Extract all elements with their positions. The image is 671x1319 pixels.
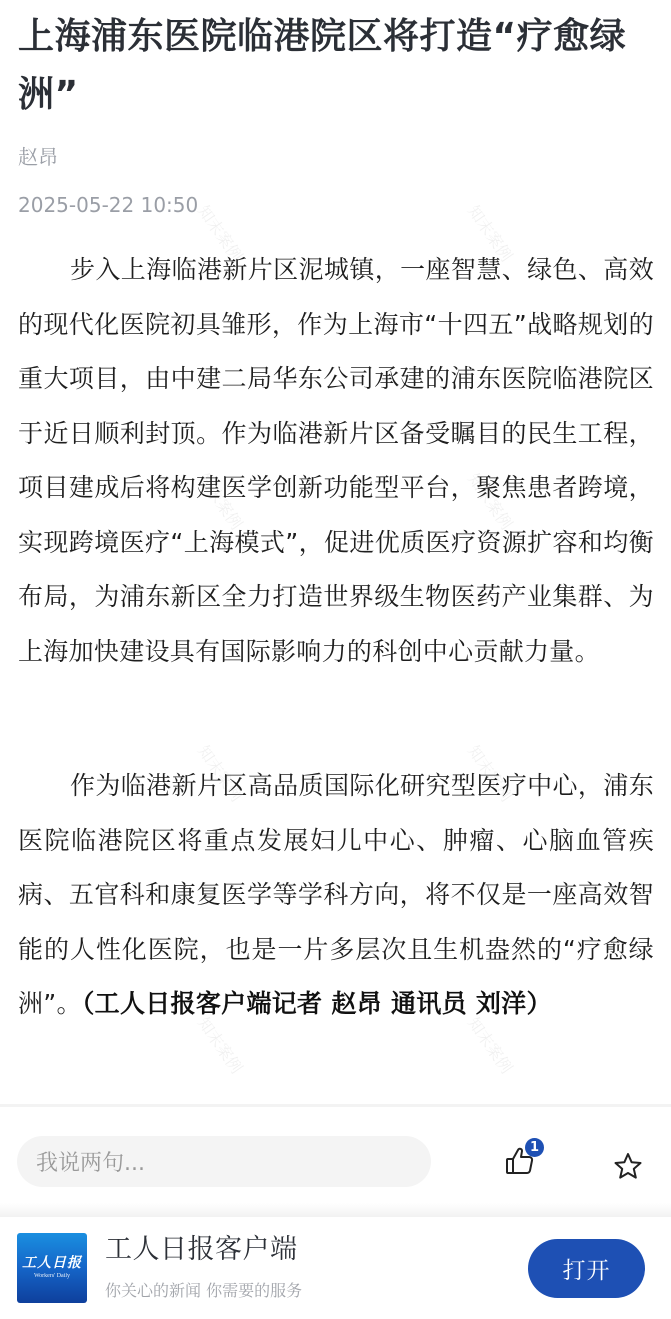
article-author: 赵昂 (18, 143, 58, 171)
comment-bar: 我说两句... 1 (0, 1107, 671, 1207)
article-page: 知末案例 知末案例 知末案例 知末案例 知末案例 知末案例 知末案例 知末案例 … (0, 0, 671, 1319)
comment-placeholder: 我说两句... (36, 1146, 145, 1177)
comment-input[interactable]: 我说两句... (17, 1136, 431, 1187)
like-count-badge: 1 (525, 1138, 544, 1157)
paragraph-text: 步入上海临港新片区泥城镇，一座智慧、绿色、高效的现代化医院初具雏形，作为上海市“… (18, 255, 654, 666)
article-credit: （工人日报客户端记者 赵昂 通讯员 刘洋） (82, 989, 552, 1018)
star-icon (612, 1151, 644, 1183)
article-datetime: 2025-05-22 10:50 (18, 191, 198, 219)
app-name: 工人日报客户端 (105, 1233, 298, 1267)
app-slogan: 你关心的新闻 你需要的服务 (105, 1280, 302, 1302)
logo-text-en: Workers' Daily (17, 1273, 87, 1279)
favorite-button[interactable] (612, 1151, 644, 1183)
article-paragraph: 步入上海临港新片区泥城镇，一座智慧、绿色、高效的现代化医院初具雏形，作为上海市“… (18, 243, 654, 679)
open-app-button[interactable]: 打开 (528, 1239, 645, 1298)
logo-text-cn: 工人日报 (17, 1252, 87, 1272)
app-download-banner: 工人日报 Workers' Daily 工人日报客户端 你关心的新闻 你需要的服… (0, 1217, 671, 1319)
article-title: 上海浦东医院临港院区将打造“疗愈绿洲” (18, 8, 648, 124)
banner-shadow (0, 1203, 671, 1217)
paragraph-text: 作为临港新片区高品质国际化研究型医疗中心，浦东医院临港院区将重点发展妇儿中心、肿… (18, 771, 654, 1018)
article-paragraph: 作为临港新片区高品质国际化研究型医疗中心，浦东医院临港院区将重点发展妇儿中心、肿… (18, 759, 654, 1032)
app-logo: 工人日报 Workers' Daily (17, 1233, 87, 1303)
